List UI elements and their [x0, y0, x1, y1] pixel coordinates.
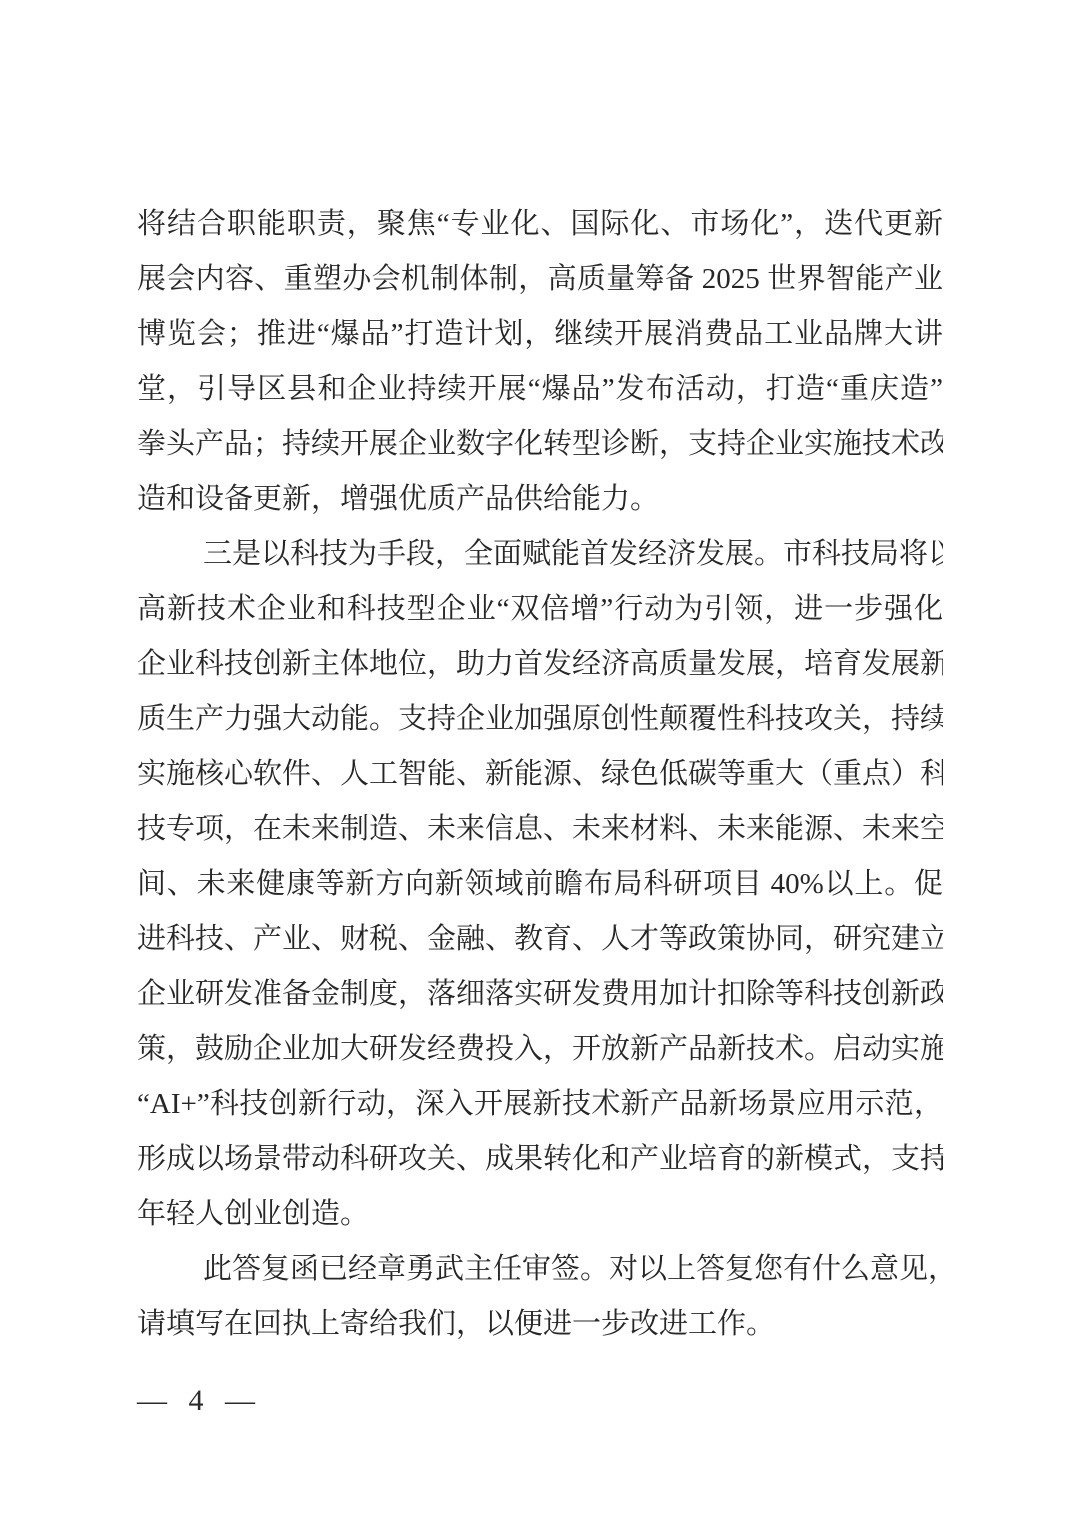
text-line: 企业研发准备金制度，落细落实研发费用加计扣除等科技创新政 — [137, 967, 943, 1022]
page-footer: — 4 — — [137, 1381, 257, 1421]
page-number: — 4 — — [137, 1384, 257, 1417]
paragraph: 将结合职能职责，聚焦“专业化、国际化、市场化”，迭代更新展会内容、重塑办会机制体… — [137, 197, 943, 527]
paragraph: 此答复函已经章勇武主任审签。对以上答复您有什么意见，请填写在回执上寄给我们，以便… — [137, 1242, 943, 1352]
document-body: 将结合职能职责，聚焦“专业化、国际化、市场化”，迭代更新展会内容、重塑办会机制体… — [137, 197, 943, 1352]
text-line: 实施核心软件、人工智能、新能源、绿色低碳等重大（重点）科 — [137, 747, 943, 802]
text-line: 将结合职能职责，聚焦“专业化、国际化、市场化”，迭代更新 — [137, 197, 943, 252]
paragraph: 三是以科技为手段，全面赋能首发经济发展。市科技局将以高新技术企业和科技型企业“双… — [137, 527, 943, 1242]
text-line: 此答复函已经章勇武主任审签。对以上答复您有什么意见， — [137, 1242, 943, 1297]
text-line: 质生产力强大动能。支持企业加强原创性颠覆性科技攻关，持续 — [137, 692, 943, 747]
text-line: 堂，引导区县和企业持续开展“爆品”发布活动，打造“重庆造” — [137, 362, 943, 417]
text-line: 展会内容、重塑办会机制体制，高质量筹备 2025 世界智能产业 — [137, 252, 943, 307]
text-line: 高新技术企业和科技型企业“双倍增”行动为引领，进一步强化 — [137, 582, 943, 637]
text-line: 拳头产品；持续开展企业数字化转型诊断，支持企业实施技术改 — [137, 417, 943, 472]
text-line: 技专项，在未来制造、未来信息、未来材料、未来能源、未来空 — [137, 802, 943, 857]
text-line: 博览会；推进“爆品”打造计划，继续开展消费品工业品牌大讲 — [137, 307, 943, 362]
text-line: 造和设备更新，增强优质产品供给能力。 — [137, 472, 943, 527]
text-line: 年轻人创业创造。 — [137, 1187, 943, 1242]
text-line: 形成以场景带动科研攻关、成果转化和产业培育的新模式，支持 — [137, 1132, 943, 1187]
text-line: “AI+”科技创新行动，深入开展新技术新产品新场景应用示范， — [137, 1077, 943, 1132]
text-line: 企业科技创新主体地位，助力首发经济高质量发展，培育发展新 — [137, 637, 943, 692]
text-line: 策，鼓励企业加大研发经费投入，开放新产品新技术。启动实施 — [137, 1022, 943, 1077]
text-line: 间、未来健康等新方向新领域前瞻布局科研项目 40%以上。促 — [137, 857, 943, 912]
text-line: 请填写在回执上寄给我们，以便进一步改进工作。 — [137, 1297, 943, 1352]
text-line: 进科技、产业、财税、金融、教育、人才等政策协同，研究建立 — [137, 912, 943, 967]
text-line: 三是以科技为手段，全面赋能首发经济发展。市科技局将以 — [137, 527, 943, 582]
document-page: 将结合职能职责，聚焦“专业化、国际化、市场化”，迭代更新展会内容、重塑办会机制体… — [0, 0, 1074, 1520]
